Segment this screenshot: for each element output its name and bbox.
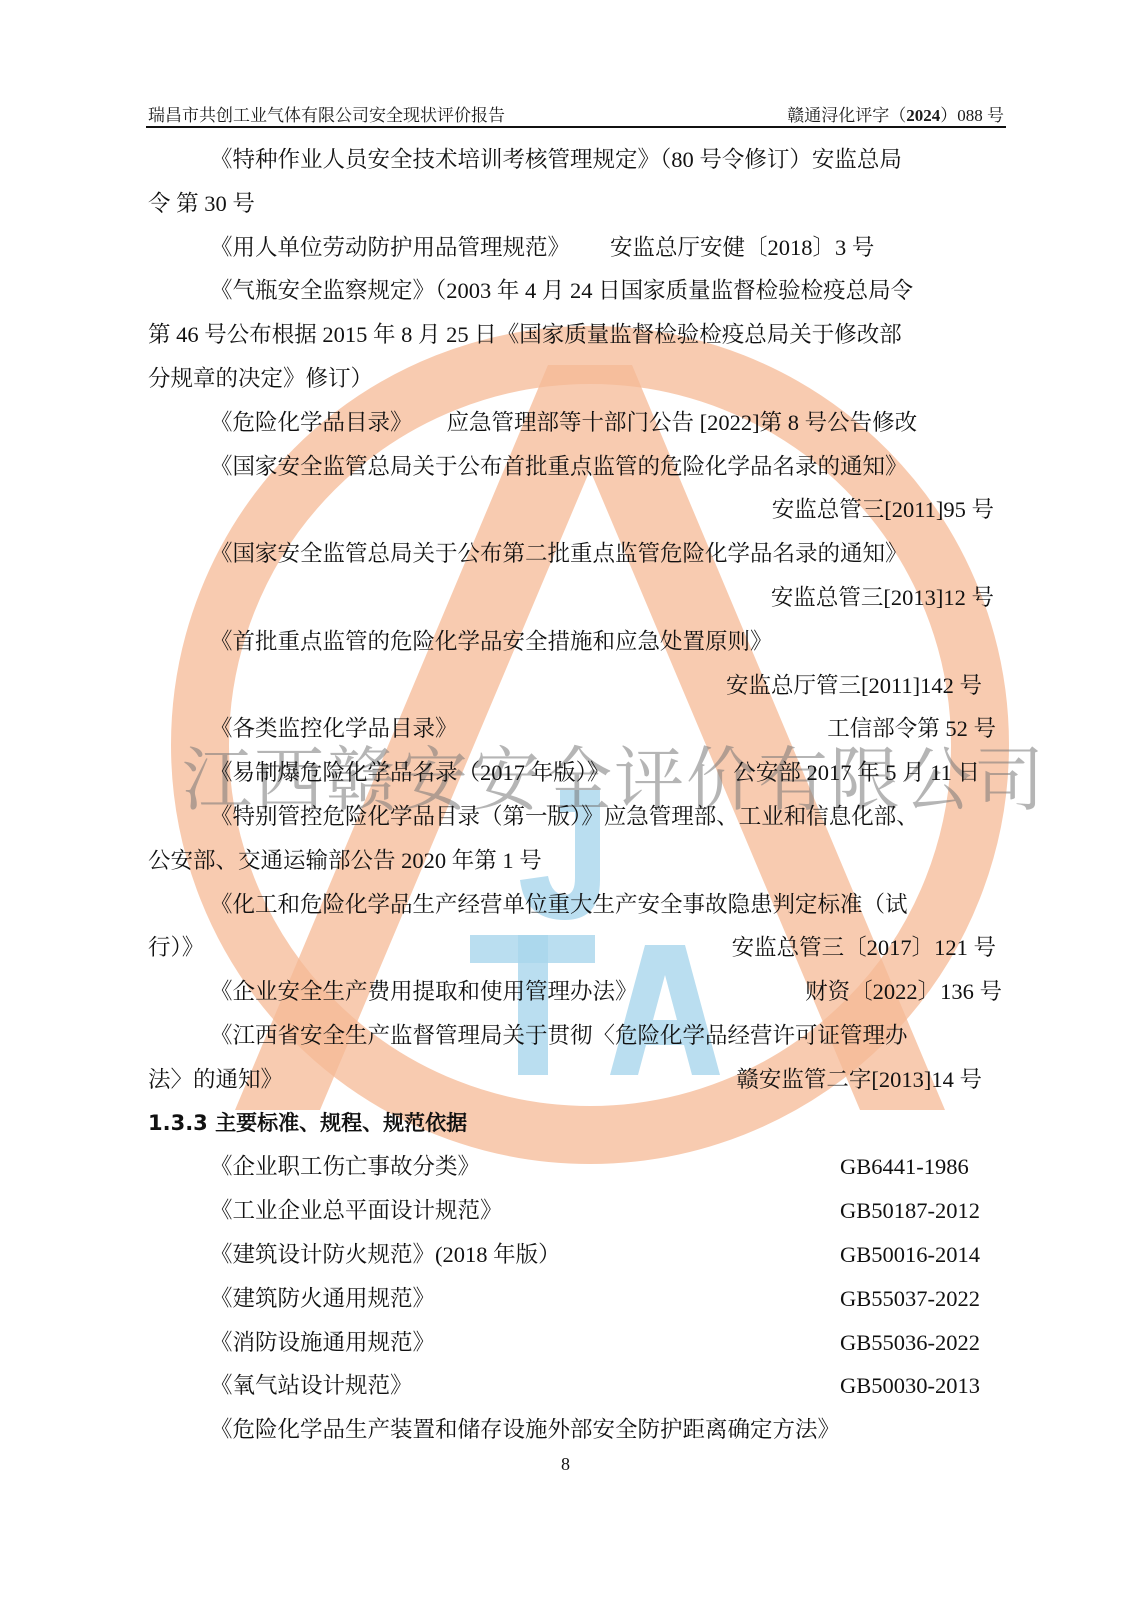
standard-title: 《消防设施通用规范》 — [210, 1321, 435, 1365]
regulation-ref: 安监总管三[2013]12 号 — [148, 576, 1006, 620]
regulation-item-continuation: 第 46 号公布根据 2015 年 8 月 25 日《国家质量监督检验检疫总局关… — [148, 313, 1006, 357]
standard-code: GB50187-2012 — [840, 1189, 1006, 1233]
regulation-ref: 安监总管三〔2017〕121 号 — [732, 926, 996, 970]
standard-item: 《消防设施通用规范》 GB55036-2022 — [148, 1321, 1006, 1365]
standard-title: 《工业企业总平面设计规范》 — [210, 1189, 503, 1233]
section-heading: 1.3.3 主要标准、规程、规范依据 — [148, 1102, 1006, 1146]
regulation-item: 《用人单位劳动防护用品管理规范》安监总厅安健〔2018〕3 号 — [148, 226, 1006, 270]
standard-item: 《危险化学品生产装置和储存设施外部安全防护距离确定方法》 — [148, 1408, 1006, 1452]
regulation-item: 《特别管控危险化学品目录（第一版）》应急管理部、工业和信息化部、 — [148, 795, 1006, 839]
regulation-item-continuation: 行）》 安监总管三〔2017〕121 号 — [148, 926, 1006, 970]
regulation-title: 《危险化学品目录》 — [210, 410, 413, 435]
regulation-item: 《国家安全监管总局关于公布第二批重点监管危险化学品名录的通知》 — [148, 532, 1006, 576]
regulation-item: 《危险化学品目录》应急管理部等十部门公告 [2022]第 8 号公告修改 — [148, 401, 1006, 445]
report-number: 赣通浔化评字（2024）088 号 — [787, 101, 1004, 126]
report-title: 瑞昌市共创工业气体有限公司安全现状评价报告 — [148, 101, 505, 126]
document-page: 江西赣安安全评价有限公司 瑞昌市共创工业气体有限公司安全现状评价报告 赣通浔化评… — [0, 0, 1131, 1600]
regulation-item: 《首批重点监管的危险化学品安全措施和应急处置原则》 — [148, 620, 1006, 664]
regulation-item-continuation: 令 第 30 号 — [148, 182, 1006, 226]
page-header: 瑞昌市共创工业气体有限公司安全现状评价报告 赣通浔化评字（2024）088 号 — [148, 96, 1004, 126]
regulation-item: 《企业安全生产费用提取和使用管理办法》 财资〔2022〕136 号 — [148, 970, 1006, 1014]
regulation-title: 《各类监控化学品目录》 — [210, 707, 458, 751]
regulation-ref: 安监总厅管三[2011]142 号 — [148, 664, 1006, 708]
regulation-ref: 公安部 2017 年 5 月 11 日 — [733, 751, 980, 795]
standard-item: 《工业企业总平面设计规范》 GB50187-2012 — [148, 1189, 1006, 1233]
standard-code: GB55036-2022 — [840, 1321, 1006, 1365]
regulation-item: 《化工和危险化学品生产经营单位重大生产安全事故隐患判定标准（试 — [148, 883, 1006, 927]
section-title: 主要标准、规程、规范依据 — [215, 1111, 467, 1135]
standard-title: 《建筑设计防火规范》(2018 年版） — [210, 1233, 561, 1277]
standard-code: GB50030-2013 — [840, 1364, 1006, 1408]
standard-code: GB6441-1986 — [840, 1145, 1006, 1189]
regulation-ref: 工信部令第 52 号 — [827, 707, 996, 751]
regulation-item: 《国家安全监管总局关于公布首批重点监管的危险化学品名录的通知》 — [148, 445, 1006, 489]
regulation-ref: 安监总厅安健〔2018〕3 号 — [610, 235, 874, 260]
standard-code: GB50016-2014 — [840, 1233, 1006, 1277]
regulation-item: 《易制爆危险化学品名录（2017 年版）》 公安部 2017 年 5 月 11 … — [148, 751, 1006, 795]
standard-item: 《企业职工伤亡事故分类》 GB6441-1986 — [148, 1145, 1006, 1189]
standard-title: 《建筑防火通用规范》 — [210, 1277, 435, 1321]
regulation-ref: 应急管理部等十部门公告 [2022]第 8 号公告修改 — [447, 410, 918, 435]
regulation-title: 《易制爆危险化学品名录（2017 年版）》 — [210, 751, 609, 795]
regulation-item-continuation: 分规章的决定》修订） — [148, 357, 1006, 401]
standard-item: 《建筑设计防火规范》(2018 年版） GB50016-2014 — [148, 1233, 1006, 1277]
report-year: 2024 — [906, 106, 940, 125]
regulation-ref: 财资〔2022〕136 号 — [805, 970, 1002, 1014]
regulation-item-continuation: 公安部、交通运输部公告 2020 年第 1 号 — [148, 839, 1006, 883]
regulation-item: 《气瓶安全监察规定》（2003 年 4 月 24 日国家质量监督检验检疫总局令 — [148, 269, 1006, 313]
document-body: 《特种作业人员安全技术培训考核管理规定》（80 号令修订）安监总局 令 第 30… — [148, 138, 1006, 1452]
header-divider — [146, 126, 1006, 128]
regulation-ref: 安监总管三[2011]95 号 — [148, 488, 1006, 532]
standard-item: 《氧气站设计规范》 GB50030-2013 — [148, 1364, 1006, 1408]
standard-item: 《建筑防火通用规范》 GB55037-2022 — [148, 1277, 1006, 1321]
regulation-item: 《各类监控化学品目录》 工信部令第 52 号 — [148, 707, 1006, 751]
page-number: 8 — [0, 1454, 1131, 1475]
regulation-item: 《特种作业人员安全技术培训考核管理规定》（80 号令修订）安监总局 — [148, 138, 1006, 182]
standard-code: GB55037-2022 — [840, 1277, 1006, 1321]
section-number: 1.3.3 — [148, 1111, 208, 1135]
standard-title: 《企业职工伤亡事故分类》 — [210, 1145, 480, 1189]
regulation-title: 《用人单位劳动防护用品管理规范》 — [210, 235, 570, 260]
regulation-title: 《企业安全生产费用提取和使用管理办法》 — [210, 970, 638, 1014]
regulation-item: 《江西省安全生产监督管理局关于贯彻〈危险化学品经营许可证管理办 — [148, 1014, 1006, 1058]
regulation-item-continuation: 法〉的通知》 赣安监管二字[2013]14 号 — [148, 1058, 1006, 1102]
regulation-ref: 赣安监管二字[2013]14 号 — [736, 1058, 982, 1102]
standard-title: 《氧气站设计规范》 — [210, 1364, 413, 1408]
